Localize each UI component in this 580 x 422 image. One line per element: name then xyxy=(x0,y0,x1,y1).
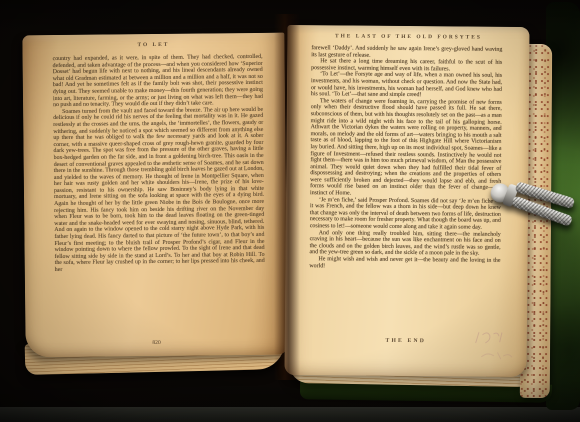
left-running-head: TO LET xyxy=(22,41,284,50)
book-photo: TO LET country had expanded, as it were,… xyxy=(0,0,580,422)
paragraph: country had expanded, as it were, in spi… xyxy=(53,54,264,109)
right-page-text: farewell ‘Daddy’. And suddenly he saw ag… xyxy=(309,45,502,271)
paragraph: ‘To Let’—the Forsyte age and way of life… xyxy=(311,72,502,100)
shelf-edge xyxy=(0,407,580,422)
left-page-text: country had expanded, as it were, in spi… xyxy=(53,54,265,274)
left-page-number: 820 xyxy=(26,339,288,348)
paragraph: And only one thing really troubled him, … xyxy=(310,230,501,258)
right-running-head: THE LAST OF THE OLD FORSYTES xyxy=(287,33,529,41)
paragraph: The waters of change were foaming in, ca… xyxy=(310,98,502,199)
pencil-annotation xyxy=(470,329,522,365)
paragraph: He might wish and wish and never get it—… xyxy=(309,256,500,271)
paragraph: ‘Je m’en fiche,’ said Prosper Profond. S… xyxy=(310,197,501,232)
left-page: TO LET country had expanded, as it were,… xyxy=(22,33,287,358)
paragraph: Soames turned from the vault and faced t… xyxy=(53,107,265,274)
